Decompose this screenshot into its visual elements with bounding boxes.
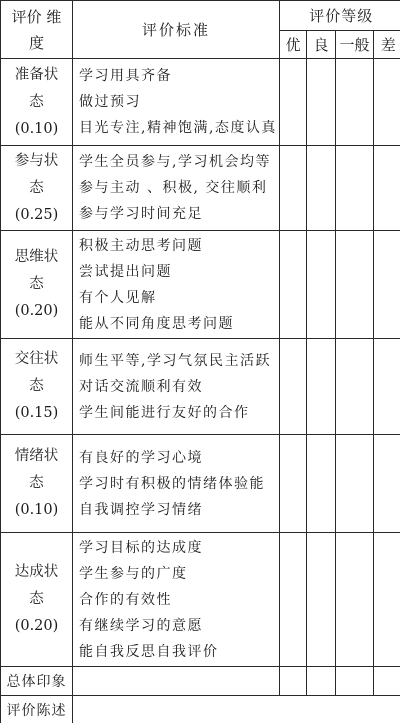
header-grade-poor: 差	[374, 31, 400, 59]
overall-grade-good[interactable]	[307, 667, 336, 696]
criterion: 有良好的学习心境	[79, 445, 279, 471]
criteria-cell: 师生平等,学习气氛民主活跃 对话交流顺利有效 学生间能进行友好的合作	[73, 339, 280, 435]
table-row: 达成状 态 (0.20) 学习目标的达成度 学生参与的广度 合作的有效性 有继续…	[1, 533, 400, 667]
table-row: 情绪状 态 (0.10) 有良好的学习心境 学习时有积极的情绪体验能 自我调控学…	[1, 435, 400, 533]
dimension-cell: 参与状 态 (0.25)	[1, 146, 73, 231]
criterion: 有个人见解	[79, 285, 279, 311]
dimension-cell: 情绪状 态 (0.10)	[1, 435, 73, 533]
criterion: 有继续学习的意愿	[79, 613, 279, 639]
grade-cell-excellent[interactable]	[280, 59, 307, 146]
grade-cell-excellent[interactable]	[280, 339, 307, 435]
criteria-cell: 有良好的学习心境 学习时有积极的情绪体验能 自我调控学习情绪	[73, 435, 280, 533]
criteria-cell: 学习用具齐备 做过预习 目光专注,精神饱满,态度认真	[73, 59, 280, 146]
evaluation-statement-field[interactable]	[73, 696, 400, 723]
dimension-name-cont: 态	[1, 586, 72, 613]
grade-cell-excellent[interactable]	[280, 435, 307, 533]
criterion: 学生间能进行友好的合作	[79, 400, 279, 426]
grade-cell-poor[interactable]	[374, 339, 400, 435]
criterion: 对话交流顺利有效	[79, 374, 279, 400]
table-row: 交往状 态 (0.15) 师生平等,学习气氛民主活跃 对话交流顺利有效 学生间能…	[1, 339, 400, 435]
dimension-name: 准备状	[1, 62, 72, 89]
criterion: 师生平等,学习气氛民主活跃	[79, 348, 279, 374]
dimension-name-cont: 态	[1, 470, 72, 497]
evaluation-statement-label: 评价陈述	[1, 696, 73, 723]
criterion: 做过预习	[79, 89, 279, 115]
table-row: 准备状 态 (0.10) 学习用具齐备 做过预习 目光专注,精神饱满,态度认真	[1, 59, 400, 146]
header-grade-average: 一般	[336, 31, 374, 59]
criterion: 学生全员参与,学习机会均等	[79, 149, 279, 175]
overall-grade-excellent[interactable]	[280, 667, 307, 696]
grade-cell-excellent[interactable]	[280, 533, 307, 667]
dimension-name: 思维状	[1, 244, 72, 271]
criteria-cell: 学生全员参与,学习机会均等 参与主动 、积极, 交往顺利 参与学习时间充足	[73, 146, 280, 231]
dimension-name-cont: 态	[1, 373, 72, 400]
dimension-name-cont: 态	[1, 271, 72, 298]
dimension-name-cont: 态	[1, 175, 72, 202]
grade-cell-good[interactable]	[307, 231, 336, 339]
header-dimension-line-1: 评价 维	[1, 4, 72, 30]
overall-grade-poor[interactable]	[374, 667, 400, 696]
grade-cell-average[interactable]	[336, 339, 374, 435]
overall-impression-label: 总体印象	[1, 667, 73, 696]
dimension-weight: (0.20)	[1, 613, 72, 640]
dimension-weight: (0.15)	[1, 400, 72, 427]
grade-cell-poor[interactable]	[374, 146, 400, 231]
evaluation-statement-row: 评价陈述	[1, 696, 400, 723]
grade-cell-good[interactable]	[307, 435, 336, 533]
grade-cell-poor[interactable]	[374, 231, 400, 339]
dimension-name-cont: 态	[1, 89, 72, 116]
criterion: 学习时有积极的情绪体验能	[79, 471, 279, 497]
grade-cell-poor[interactable]	[374, 533, 400, 667]
dimension-name: 交往状	[1, 346, 72, 373]
grade-cell-average[interactable]	[336, 435, 374, 533]
dimension-weight: (0.20)	[1, 298, 72, 325]
grade-cell-good[interactable]	[307, 59, 336, 146]
criteria-cell: 学习目标的达成度 学生参与的广度 合作的有效性 有继续学习的意愿 能自我反思自我…	[73, 533, 280, 667]
dimension-cell: 达成状 态 (0.20)	[1, 533, 73, 667]
overall-impression-field[interactable]	[73, 667, 280, 696]
dimension-name: 达成状	[1, 559, 72, 586]
header-grade-excellent: 优	[280, 31, 307, 59]
header-dimension-line-2: 度	[1, 30, 72, 56]
criteria-cell: 积极主动思考问题 尝试提出问题 有个人见解 能从不同角度思考问题	[73, 231, 280, 339]
criterion: 自我调控学习情绪	[79, 497, 279, 523]
classroom-evaluation-table: 评价 维 度 评价标准 评价等级 优 良 一般 差 准备状 态 (0.10) 学…	[0, 0, 400, 723]
dimension-name: 参与状	[1, 148, 72, 175]
criterion: 尝试提出问题	[79, 259, 279, 285]
grade-cell-good[interactable]	[307, 533, 336, 667]
criterion: 学习目标的达成度	[79, 535, 279, 561]
grade-cell-average[interactable]	[336, 146, 374, 231]
table-row: 参与状 态 (0.25) 学生全员参与,学习机会均等 参与主动 、积极, 交往顺…	[1, 146, 400, 231]
criterion: 学习用具齐备	[79, 63, 279, 89]
dimension-weight: (0.10)	[1, 116, 72, 143]
grade-cell-average[interactable]	[336, 533, 374, 667]
overall-impression-row: 总体印象	[1, 667, 400, 696]
grade-cell-good[interactable]	[307, 146, 336, 231]
dimension-weight: (0.10)	[1, 497, 72, 524]
grade-cell-good[interactable]	[307, 339, 336, 435]
dimension-cell: 思维状 态 (0.20)	[1, 231, 73, 339]
criterion: 能自我反思自我评价	[79, 639, 279, 665]
table-row: 思维状 态 (0.20) 积极主动思考问题 尝试提出问题 有个人见解 能从不同角…	[1, 231, 400, 339]
dimension-weight: (0.25)	[1, 202, 72, 229]
criterion: 能从不同角度思考问题	[79, 311, 279, 337]
criterion: 合作的有效性	[79, 587, 279, 613]
overall-grade-average[interactable]	[336, 667, 374, 696]
grade-cell-average[interactable]	[336, 59, 374, 146]
grade-cell-average[interactable]	[336, 231, 374, 339]
dimension-name: 情绪状	[1, 443, 72, 470]
criterion: 积极主动思考问题	[79, 233, 279, 259]
grade-cell-poor[interactable]	[374, 435, 400, 533]
grade-cell-excellent[interactable]	[280, 231, 307, 339]
criterion: 学生参与的广度	[79, 561, 279, 587]
dimension-cell: 交往状 态 (0.15)	[1, 339, 73, 435]
header-dimension: 评价 维 度	[1, 1, 73, 59]
criterion: 目光专注,精神饱满,态度认真	[79, 115, 279, 141]
grade-cell-poor[interactable]	[374, 59, 400, 146]
dimension-cell: 准备状 态 (0.10)	[1, 59, 73, 146]
header-criteria: 评价标准	[73, 1, 280, 59]
criterion: 参与学习时间充足	[79, 201, 279, 227]
header-grade-group: 评价等级	[280, 1, 400, 31]
grade-cell-excellent[interactable]	[280, 146, 307, 231]
header-grade-good: 良	[307, 31, 336, 59]
criterion: 参与主动 、积极, 交往顺利	[79, 175, 279, 201]
